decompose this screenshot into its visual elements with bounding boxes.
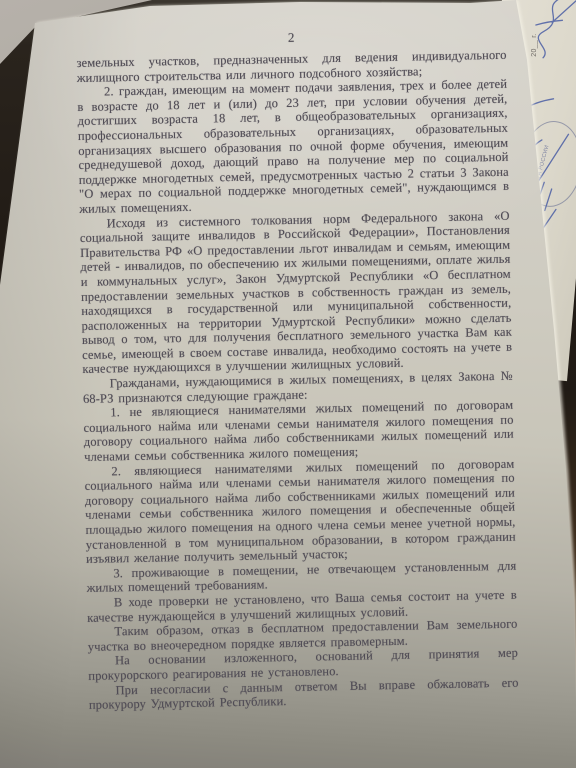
letter-page-wrap: 2 земельных участков, предназначенных дл…: [0, 0, 576, 768]
letter-content: 2 земельных участков, предназначенных дл…: [76, 26, 519, 713]
letter-paragraph: 1. не являющиеся нанимателями жилых поме…: [83, 398, 514, 465]
document-photo: 20__ г. по доверенности ПОЧТА РОССИИ 2: [0, 0, 576, 768]
letter-page: 2 земельных участков, предназначенных дл…: [0, 0, 576, 768]
letter-paragraph: 2. являющиеся нанимателями жилых помещен…: [84, 456, 516, 566]
letter-paragraph: 2. граждан, имеющим на момент подачи зая…: [77, 77, 509, 217]
letter-paragraph: Исходя из системного толкования норм Фед…: [80, 208, 513, 377]
letter-body: земельных участков, предназначенных для …: [76, 48, 519, 713]
page-number: 2: [76, 26, 506, 50]
